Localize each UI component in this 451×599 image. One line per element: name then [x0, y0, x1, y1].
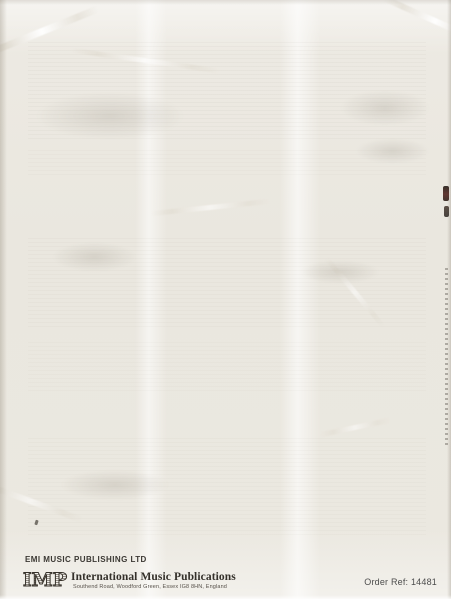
notation-smudge — [60, 470, 170, 500]
scanned-back-cover: EMI MUSIC PUBLISHING LTD IMP Internation… — [0, 0, 451, 599]
publisher-name: EMI MUSIC PUBLISHING LTD — [25, 555, 147, 564]
paper-crease — [320, 418, 390, 437]
page-edge-top — [0, 0, 451, 5]
imprint-address: Southend Road, Woodford Green, Essex IG8… — [73, 584, 227, 590]
notation-smudge — [355, 138, 430, 164]
notation-smudge — [340, 90, 430, 126]
paper-crease — [384, 0, 451, 46]
binding-mark — [443, 186, 449, 201]
staff-showthrough-band — [28, 342, 426, 392]
page-edge-left — [0, 0, 7, 599]
imp-logo-text: IMP — [23, 569, 67, 590]
binding-text-artifact — [445, 268, 448, 448]
imprint-name: International Music Publications — [71, 571, 236, 583]
notation-smudge — [52, 242, 137, 272]
page-edge-bottom — [0, 595, 451, 599]
paper-crease — [150, 199, 270, 217]
binding-mark — [444, 206, 449, 217]
order-ref: Order Ref: 14481 — [340, 577, 437, 587]
imp-logo: IMP — [21, 569, 69, 590]
notation-smudge — [35, 92, 185, 140]
